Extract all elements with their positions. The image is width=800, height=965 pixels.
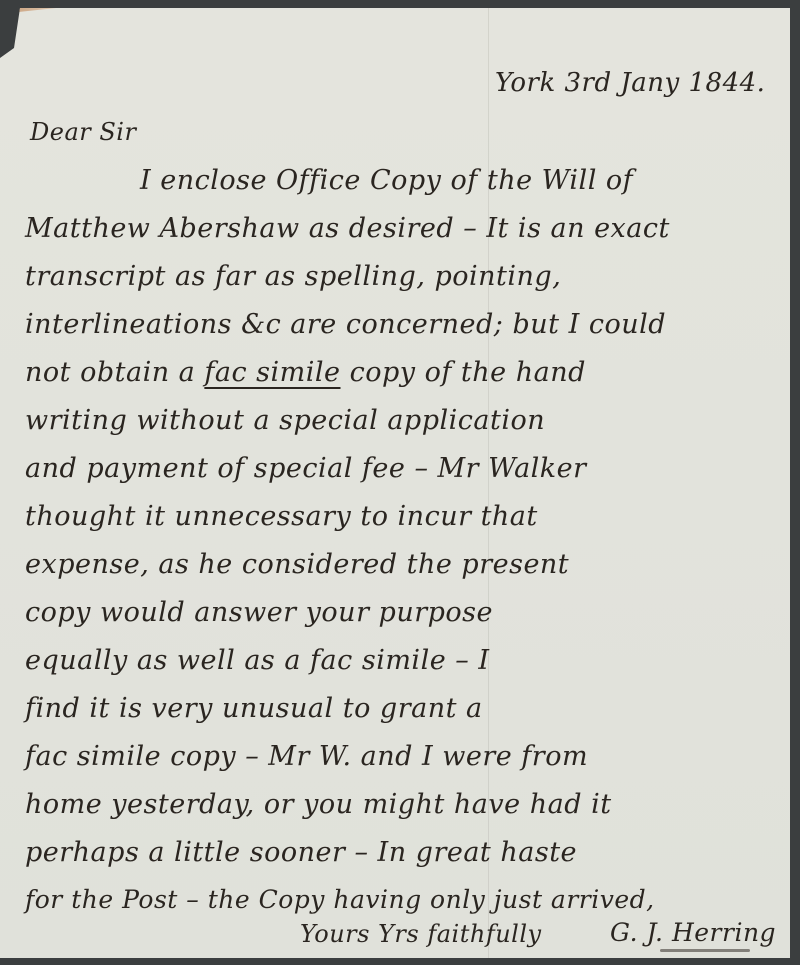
letter-line: transcript as far as spelling, pointing, <box>25 261 561 292</box>
salutation: Dear Sir <box>30 118 136 146</box>
letter-line: not obtain a fac simile copy of the hand <box>25 357 586 388</box>
underlined-fac-simile: fac simile <box>204 357 340 388</box>
closing: Yours Yrs faithfully <box>300 920 542 948</box>
letter-line: home yesterday, or you might have had it <box>25 789 612 820</box>
letter-line: for the Post – the Copy having only just… <box>25 885 655 914</box>
signature: G. J. Herring <box>610 918 776 947</box>
place-date: York 3rd Jany 1844. <box>495 68 765 98</box>
letter-line: Matthew Abershaw as desired – It is an e… <box>25 213 670 244</box>
letter-line: fac simile copy – Mr W. and I were from <box>25 741 588 772</box>
letter-line: thought it unnecessary to incur that <box>25 501 538 532</box>
text-segment: copy of the hand <box>341 357 586 388</box>
letter-line: copy would answer your purpose <box>25 597 493 628</box>
letter-line: perhaps a little sooner – In great haste <box>25 837 577 868</box>
signature-flourish <box>660 949 750 952</box>
text-segment: not obtain a <box>25 357 204 388</box>
letter-line: expense, as he considered the present <box>25 549 569 580</box>
letter-line: and payment of special fee – Mr Walker <box>25 453 587 484</box>
letter-line: writing without a special application <box>25 405 545 436</box>
letter-line: interlineations &c are concerned; but I … <box>25 309 666 340</box>
letter-line: I enclose Office Copy of the Will of <box>140 165 633 196</box>
letter-line: equally as well as a fac simile – I <box>25 645 490 676</box>
letter-line: find it is very unusual to grant a <box>25 693 483 724</box>
